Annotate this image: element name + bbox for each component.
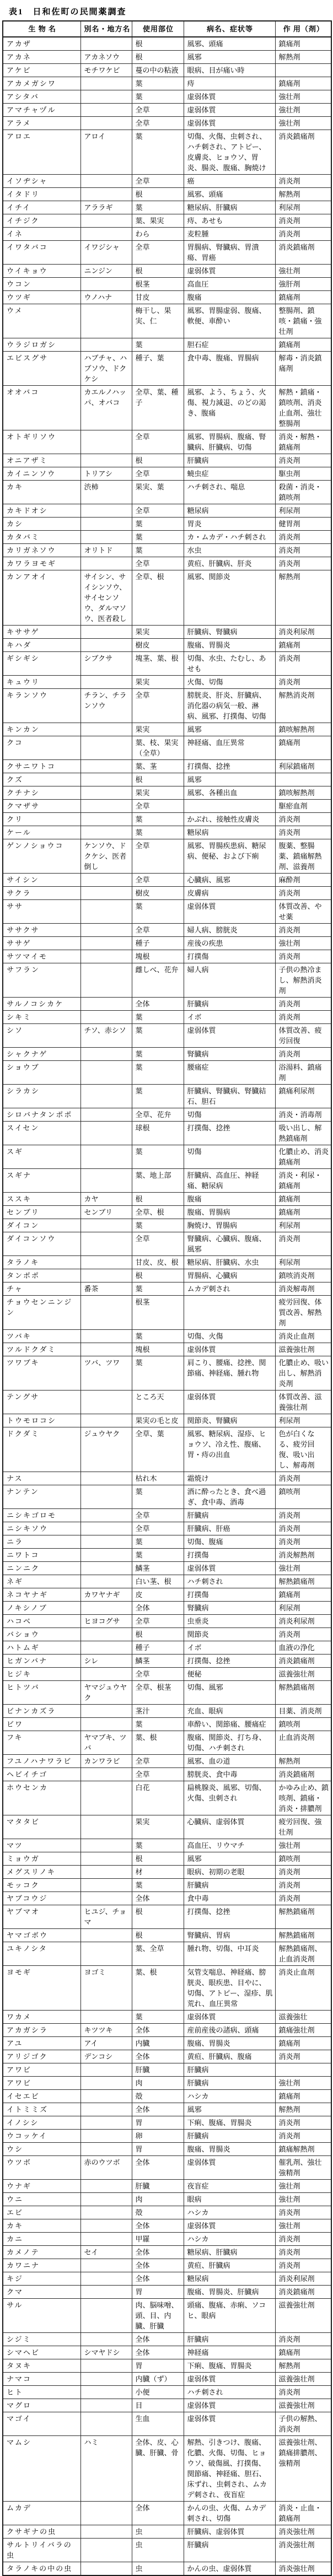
cell-disease-symptoms: 風邪、糖尿病、湿疹、ヒョウソ、冷え性、腹痛、胃・痔の出血 [184,1427,275,1472]
cell-disease-symptoms: 風邪 [184,1852,275,1866]
cell-used-part: 肉 [132,2077,184,2090]
cell-disease-symptoms: 肝臓病、肝癌 [184,1522,275,1535]
cell-organism-name: ウツギ [3,291,80,304]
cell-action-effect: 消炎剤 [275,950,331,963]
cell-disease-symptoms: ハチ刺され [184,2386,275,2399]
cell-disease-symptoms: 頭痛、腹痛、赤痢、ソコヒ、眼病 [184,2299,275,2333]
cell-alias-local-name [80,1485,132,1509]
table-row: ネコヤナギカワヤナギ皮打撲傷鎮痛剤 [3,1588,331,1602]
cell-action-effect: 鎮痛解熱剤 [275,2143,331,2156]
cell-organism-name: ヘビイチゴ [3,1768,80,1781]
cell-used-part: 甲羅 [132,2233,184,2246]
cell-used-part: 根 [132,188,184,201]
cell-used-part: 肝臓 [132,2063,184,2077]
cell-organism-name: センブリ [3,1206,80,1219]
cell-disease-symptoms: 水虫 [184,544,275,557]
cell-action-effect: 鎮咳剤 [275,1852,331,1866]
cell-alias-local-name: セイ [80,2246,132,2259]
cell-alias-local-name [80,2219,132,2233]
cell-action-effect: 鎮痛強壮剤 [275,2024,331,2037]
cell-alias-local-name: ヒヨコグサ [80,1615,132,1628]
cell-used-part: 葉 [132,1839,184,1852]
cell-alias-local-name: シブクサ [80,652,132,676]
cell-action-effect [275,773,331,786]
cell-alias-local-name [80,723,132,736]
cell-disease-symptoms: 腹痛、胃腸炎 [184,639,275,652]
cell-disease-symptoms: 高血圧、リウマチ [184,1839,275,1852]
table-row: アワビ肝臓肝臓病 [3,2063,331,2077]
table-row: キランソウチラン、チランソウ全草膀胱炎、肝炎、肝臓病、消化器の病気一般、淋病、風… [3,689,331,723]
cell-alias-local-name [80,2539,132,2562]
table-row: シソチソ、赤シソ葉虚弱体質体質改善、疲労回復 [3,1024,331,1048]
table-row: アワビ肉肝臓病強壮剤 [3,2077,331,2090]
table-row: カワラヨモギ全草黄疸、肝臓病、肝炎消炎剤 [3,557,331,570]
cell-organism-name: イワタバコ [3,241,80,265]
cell-alias-local-name [80,2386,132,2399]
table-row: アリジゴクデンコシ全体黄疸、肝臓病、腹痛消炎剤 [3,2050,331,2063]
cell-action-effect: 殺菌・消炎・鎮咳剤 [275,481,331,504]
table-row: タラノキ甘皮、皮、根糖尿病、肝臓病、水虫利尿剤 [3,1256,331,1269]
cell-disease-symptoms: 切傷、腹痛 [184,1535,275,1549]
cell-action-effect: 消炎剤 [275,1522,331,1535]
cell-alias-local-name [80,998,132,1011]
cell-alias-local-name [80,37,132,51]
cell-disease-symptoms: 肝臓病 [184,1879,275,1892]
cell-organism-name: キハダ [3,639,80,652]
table-row: カキ全体虚弱体質強壮剤 [3,2219,331,2233]
cell-disease-symptoms: 産前産後の諸病、頭痛 [184,2024,275,2037]
cell-organism-name: ナマコ [3,2373,80,2386]
cell-used-part: 全草 [132,1232,184,1256]
cell-disease-symptoms: 切傷、風邪 [184,1681,275,1705]
cell-action-effect: 化膿止め、吸い出し、解熱消炎剤 [275,1356,331,1391]
cell-used-part: 葉 [132,1535,184,1549]
cell-used-part: 根 [132,1193,184,1206]
cell-disease-symptoms: 産後の疾患 [184,937,275,950]
cell-alias-local-name [80,1343,132,1356]
cell-organism-name: ササゲ [3,937,80,950]
table-row: アシタバ葉虚弱体質強壮剤 [3,90,331,104]
cell-disease-symptoms [184,800,275,813]
cell-action-effect: 鎮痛利尿剤 [275,1085,331,1108]
cell-alias-local-name [80,2525,132,2539]
cell-organism-name: キランソウ [3,689,80,723]
cell-action-effect: 鎮咳消炎剤 [275,1269,331,1282]
cell-alias-local-name [80,2193,132,2206]
cell-alias-local-name: トリアシ [80,467,132,481]
cell-used-part: 白い茎、根 [132,1575,184,1588]
table-row: ユキノシタ葉、全草腫れ物、切傷、中耳炎解熱鎮痛剤、止血消炎剤 [3,1942,331,1966]
cell-alias-local-name [80,900,132,924]
table-row: スイセン球根打撲傷、捻挫吸い出し、解熱鎮痛剤 [3,1122,331,1145]
header-disease-symptoms: 病名、症状等 [184,21,275,37]
table-row: ナンテン葉酒に酔ったとき、食べ過ぎ、食中毒、酒毒鎮咳剤 [3,1485,331,1509]
cell-alias-local-name: チソ、赤シソ [80,1024,132,1048]
table-row: ウコン根茎高血圧強肝剤 [3,278,331,291]
cell-action-effect: 解熱剤 [275,188,331,201]
table-row: カキ渋柿果実、葉ハチ刺され、喘息殺菌・消炎・鎮咳剤 [3,481,331,504]
cell-alias-local-name [80,2259,132,2272]
cell-used-part: 葉、全草 [132,1942,184,1966]
cell-action-effect: 疲労回復、体質改善、解熱剤 [275,1296,331,1330]
cell-disease-symptoms: 虚弱体質 [184,1562,275,1575]
cell-action-effect: 消炎剤 [275,214,331,228]
cell-organism-name: ノキシノブ [3,1602,80,1615]
cell-alias-local-name: アララギ [80,201,132,214]
cell-disease-symptoms: 虚弱体質 [184,2373,275,2386]
cell-used-part: 塊根 [132,1343,184,1356]
cell-action-effect: 消炎剤 [275,557,331,570]
cell-alias-local-name [80,531,132,544]
table-row: クコ葉、枝、果実（全草）神経痛、血圧異常鎮痛剤 [3,736,331,760]
table-row: マゴイ生血虚弱体質子供の解熱、消炎剤 [3,2412,331,2436]
cell-organism-name: カンアオイ [3,570,80,626]
cell-alias-local-name [80,2143,132,2156]
cell-disease-symptoms: 腹痛 [184,1193,275,1206]
cell-disease-symptoms [184,1296,275,1330]
table-row: ツワブキツバ、ツワ葉肩こり、腰痛、捻挫、関節痛、神経痛、腫れ物化膿止め、吸い出し… [3,1356,331,1391]
cell-alias-local-name: イワジシャ [80,241,132,265]
cell-used-part: 塊根 [132,950,184,963]
table-row: モッコク葉肝臓病消炎剤 [3,1879,331,1892]
cell-used-part: 根 [132,1852,184,1866]
cell-action-effect: 消炎強壮剤 [275,2539,331,2562]
cell-organism-name: ナス [3,1472,80,1485]
cell-used-part: 果実 [132,723,184,736]
table-row: カキドオシ全草糖尿病利尿剤 [3,504,331,518]
cell-used-part: 甘皮、皮、根 [132,1256,184,1269]
table-row: カシ葉胃炎健胃剤 [3,518,331,531]
cell-alias-local-name: カヤ [80,1193,132,1206]
cell-disease-symptoms: 風邪、血の道 [184,1755,275,1768]
table-row: ササ葉虚弱体質体質改善、やせ薬 [3,900,331,924]
cell-action-effect: 滋養強壮剤 [275,2373,331,2386]
table-body: アカザ根風邪、頭痛鎮痛剤アカネアカネソウ根風邪解熱剤アケビモチワケビ蔓の中の粘液… [3,37,331,2575]
cell-alias-local-name [80,639,132,652]
table-row: キジ全体糖尿病消炎利尿剤 [3,2272,331,2286]
cell-used-part: 樹皮 [132,639,184,652]
cell-disease-symptoms: イボ [184,1011,275,1024]
cell-disease-symptoms: 神経痛、血圧異常 [184,736,275,760]
cell-organism-name: サツマイモ [3,950,80,963]
cell-disease-symptoms: 食中毒、腹痛、胃腸病 [184,352,275,386]
cell-used-part: 卵 [132,2130,184,2143]
cell-action-effect: 目薬、消炎剤 [275,1705,331,1718]
cell-action-effect: 消炎剤 [275,2050,331,2063]
table-row: ウコッケイ卵肝臓病消炎剤 [3,2130,331,2143]
cell-disease-symptoms: 腹痛 [184,291,275,304]
cell-used-part: 鱗茎 [132,1562,184,1575]
cell-organism-name: エビ [3,2206,80,2219]
cell-used-part: 胃 [132,2116,184,2130]
cell-disease-symptoms: 酒に酔ったとき、食べ過ぎ、食中毒、酒毒 [184,1485,275,1509]
cell-used-part: 葉 [132,518,184,531]
cell-alias-local-name [80,2272,132,2286]
cell-alias-local-name [80,626,132,639]
cell-action-effect: 鎮痛剤 [275,2346,331,2359]
cell-used-part: 葉 [132,813,184,826]
cell-alias-local-name [80,1414,132,1427]
table-row: ニラ葉切傷、腹痛消炎剤 [3,1535,331,1549]
cell-organism-name: ササクサ [3,924,80,937]
cell-organism-name: ススキ [3,1193,80,1206]
cell-disease-symptoms: 肝臓病、腎臓病、腎臓結石、胆石 [184,1085,275,1108]
table-row: ウツギウノハナ甘皮腹痛鎮痛剤 [3,291,331,304]
cell-organism-name: ダイコンソウ [3,1232,80,1256]
cell-organism-name: カリガネソウ [3,544,80,557]
cell-organism-name: マグロ [3,2399,80,2412]
cell-used-part: 枯れ木 [132,1472,184,1485]
cell-organism-name: アワビ [3,2077,80,2090]
cell-used-part: 全体 [132,1602,184,1615]
cell-organism-name: ホウセンカ [3,1781,80,1815]
cell-disease-symptoms: 車酔い、関節痛、腰痛症 [184,1718,275,1731]
cell-action-effect [275,64,331,77]
cell-action-effect: 消炎・利尿・鎮痛剤 [275,1169,331,1193]
cell-used-part: 葉 [132,1219,184,1232]
table-row: スギナ葉、地上部肝臓病、高血圧、神経痛、糖尿病消炎・利尿・鎮痛剤 [3,1169,331,1193]
cell-action-effect: 解熱鎮痛剤 [275,1905,331,1929]
cell-used-part: 果実、葉 [132,481,184,504]
cell-used-part: 葉、枝、果実（全草） [132,736,184,760]
table-row: アマチャヅル全草虚弱体質強壮剤 [3,104,331,117]
table-row: ニシキソウ全草肝臓病、肝癌消炎剤 [3,1522,331,1535]
cell-used-part: 塊茎、葉、根 [132,652,184,676]
cell-organism-name: オオバコ [3,386,80,430]
table-row: タラノキの中の虫虫かんの虫、虚弱体質消炎強壮剤 [3,2562,331,2576]
cell-action-effect: 鎮痛剤 [275,639,331,652]
cell-alias-local-name [80,1169,132,1193]
table-row: クマ胃腹痛、胃腸炎、肝臓病消炎鎮痛剤 [3,2286,331,2299]
cell-organism-name: クズ [3,773,80,786]
cell-action-effect: 強壮剤 [275,2180,331,2193]
cell-disease-symptoms: ムカデ刺され [184,1282,275,1296]
cell-action-effect: かゆみ止め、鎮咳剤、鎮痛・消炎・排膿剤 [275,1781,331,1815]
table-row: サツマイモ塊根打撲傷消炎剤 [3,950,331,963]
cell-used-part: 胃 [132,2143,184,2156]
table-row: ドクダミジュウヤク全草、葉風邪、糖尿病、湿疹、ヒョウソ、冷え性、腹痛、胃・痔の出… [3,1427,331,1472]
cell-used-part: 根茎 [132,278,184,291]
cell-action-effect: 消炎・消毒剤 [275,1108,331,1122]
cell-action-effect: 消炎剤 [275,1879,331,1892]
cell-alias-local-name [80,963,132,998]
cell-disease-symptoms: かんの虫、虚弱体質 [184,2562,275,2576]
cell-organism-name: アリジゴク [3,2050,80,2063]
cell-organism-name: キジ [3,2272,80,2286]
cell-alias-local-name [80,887,132,900]
cell-organism-name: ササ [3,900,80,924]
cell-disease-symptoms: 肝臓病 [184,998,275,1011]
cell-used-part: 葉 [132,826,184,839]
table-row: クサニワトコ葉、茎打撲傷、捻挫利尿鎮痛剤 [3,760,331,773]
cell-action-effect: 消炎剤 [275,1011,331,1024]
cell-used-part: 根 [132,51,184,64]
cell-alias-local-name [80,1011,132,1024]
cell-action-effect: 利尿剤 [275,1256,331,1269]
table-row: カリガネソウオリトド葉水虫消炎剤 [3,544,331,557]
cell-organism-name: カキドオシ [3,504,80,518]
cell-action-effect: 鎮咳剤 [275,1485,331,1509]
cell-alias-local-name [80,2286,132,2299]
cell-action-effect: 滋養強壮剤、鎮痛排膿剤、強精剤 [275,2436,331,2502]
cell-organism-name: サフラン [3,963,80,998]
cell-alias-local-name [80,1839,132,1852]
cell-organism-name: イチイ [3,201,80,214]
cell-organism-name: サルノコシカケ [3,998,80,1011]
cell-alias-local-name: オリトド [80,544,132,557]
cell-action-effect: 消炎止血剤 [275,1330,331,1343]
table-row: キササゲ果実肝臓病、腎臓病消炎利尿剤 [3,626,331,639]
cell-organism-name: エビスグサ [3,352,80,386]
cell-alias-local-name [80,1641,132,1655]
cell-organism-name: ワカメ [3,2011,80,2024]
cell-used-part: 根 [132,265,184,278]
cell-disease-symptoms: 切傷 [184,1108,275,1122]
cell-alias-local-name [80,188,132,201]
cell-alias-local-name [80,1852,132,1866]
table-row: ヘビイチゴ全草膀胱炎、食中毒消炎鎮痛剤 [3,1768,331,1781]
cell-action-effect: 消炎剤 [275,1048,331,1061]
cell-used-part: 果実の毛と皮 [132,1414,184,1427]
cell-organism-name: ニンニク [3,1562,80,1575]
cell-disease-symptoms: 夜盲症 [184,2180,275,2193]
cell-action-effect: 消炎剤 [275,1628,331,1641]
cell-organism-name: ウニ [3,2193,80,2206]
cell-alias-local-name [80,1866,132,1879]
cell-alias-local-name: カンワラビ [80,1755,132,1768]
table-row: イトミミズ全体風邪解熱剤 [3,2103,331,2116]
table-row: アユアイ内臓腹痛、胃腸炎鎮痛剤 [3,2037,331,2050]
cell-organism-name: ギシギシ [3,652,80,676]
cell-alias-local-name [80,175,132,188]
cell-action-effect: 疲労回復、強壮剤 [275,1815,331,1839]
cell-organism-name: トウモロコシ [3,1414,80,1427]
cell-disease-symptoms: 腹痛、胃腸炎、肝臓病 [184,2286,275,2299]
cell-used-part: 全草 [132,689,184,723]
table-row: ハトムギ種子イボ血液の浄化 [3,1641,331,1655]
cell-used-part: 全体 [132,2219,184,2233]
cell-organism-name: カニ [3,2233,80,2246]
cell-alias-local-name [80,800,132,813]
cell-organism-name: チョウセンニンジン [3,1296,80,1330]
cell-action-effect: 利尿剤 [275,201,331,214]
cell-alias-local-name [80,228,132,241]
cell-organism-name: クマザサ [3,800,80,813]
cell-organism-name: カシ [3,518,80,531]
cell-alias-local-name [80,1256,132,1269]
cell-organism-name: フユノハナワラビ [3,1755,80,1768]
cell-action-effect: 消炎剤 [275,887,331,900]
cell-used-part: 葉、根 [132,1966,184,2011]
cell-disease-symptoms: 切傷、水虫、たむし、あせも [184,652,275,676]
cell-alias-local-name [80,2011,132,2024]
cell-organism-name: ムカデ [3,2502,80,2525]
cell-organism-name: ヤブマオ [3,1905,80,1929]
cell-action-effect: 化膿止め、消炎鎮痛剤 [275,1145,331,1169]
cell-disease-symptoms: 高血圧 [184,278,275,291]
cell-alias-local-name [80,1929,132,1942]
cell-used-part: 全草 [132,1615,184,1628]
table-row: オオバコカエルノハッパ、オバコ全草、葉、種子風邪、よう、ちょう、火傷、視力減退、… [3,386,331,430]
table-row: アカザ根風邪、頭痛鎮痛剤 [3,37,331,51]
cell-action-effect: 消炎剤 [275,454,331,467]
cell-alias-local-name: ツバ、ツワ [80,1356,132,1391]
cell-action-effect: 消炎剤 [275,1472,331,1485]
cell-used-part: 生血 [132,2412,184,2436]
cell-disease-symptoms: イボ [184,1641,275,1655]
cell-organism-name: イタドリ [3,188,80,201]
cell-organism-name: ニシキゴロモ [3,1509,80,1522]
table-row: イワタバコイワジシャ全草胃腸病、腎臓病、胃潰瘍、胃癌消炎鎮痛剤 [3,241,331,265]
table-row: イチジク葉、果実痔、あせも消炎剤 [3,214,331,228]
cell-used-part: 根茎 [132,1296,184,1330]
table-row: テングサところ天虚弱体質体質改善、滋養強壮剤 [3,1391,331,1414]
cell-organism-name: テングサ [3,1391,80,1414]
cell-action-effect: 色が白くなる、疲労回復、吸い出し、解毒剤 [275,1427,331,1472]
cell-organism-name: カタバミ [3,531,80,544]
cell-disease-symptoms: 黄疸、肝臓病、肝炎 [184,557,275,570]
cell-alias-local-name [80,1892,132,1905]
cell-used-part: 葉 [132,130,184,175]
cell-used-part: 果実 [132,1815,184,1839]
cell-organism-name: マゴイ [3,2412,80,2436]
cell-organism-name: ツルドクダミ [3,1343,80,1356]
table-row: ケール葉糖尿病消炎剤 [3,826,331,839]
cell-organism-name: マツ [3,1839,80,1852]
cell-action-effect: 消炎剤 [275,544,331,557]
cell-alias-local-name [80,2399,132,2412]
cell-organism-name: ツバキ [3,1330,80,1343]
cell-action-effect: 血液の浄化 [275,1641,331,1655]
cell-used-part: 材 [132,1866,184,1879]
cell-organism-name: スギ [3,1145,80,1169]
cell-used-part: 全草、根 [132,570,184,626]
cell-disease-symptoms: 肝臓病、腎臓病 [184,626,275,639]
cell-disease-symptoms: 腹痛、胃腸炎 [184,2037,275,2050]
cell-alias-local-name [80,104,132,117]
cell-disease-symptoms: 肝臓病 [184,2333,275,2346]
cell-disease-symptoms: 風邪、関節炎 [184,570,275,626]
table-row: チョウセンニンジン根茎疲労回復、体質改善、解熱剤 [3,1296,331,1330]
cell-disease-symptoms: 虚弱体質 [184,265,275,278]
cell-disease-symptoms: 虚弱体質 [184,104,275,117]
cell-organism-name: シソ [3,1024,80,1048]
cell-used-part: 全草 [132,557,184,570]
cell-used-part: 葉、茎 [132,760,184,773]
table-row: ヨモギヨゴミ葉、根気管支喘息、神経痛、膀胱炎、眼疾患、目やに、切傷、アトピー、湿… [3,1966,331,2011]
table-row: ナス枯れ木霜焼け消炎剤 [3,1472,331,1485]
cell-used-part: 全草 [132,1668,184,1681]
header-used-part: 使用部位 [132,21,184,37]
cell-organism-name: クコ [3,736,80,760]
table-row: サクラ樹皮皮膚病消炎剤 [3,887,331,900]
cell-disease-symptoms: 関節炎 [184,1628,275,1641]
cell-action-effect: 健胃剤 [275,518,331,531]
cell-alias-local-name [80,90,132,104]
cell-disease-symptoms: ハシカ [184,2233,275,2246]
cell-disease-symptoms: 風邪、頭痛 [184,188,275,201]
table-row: ヒトツバヤマジュウヤク全草、根茎切傷、風邪解熱鎮痛剤 [3,1681,331,1705]
cell-alias-local-name [80,874,132,887]
table-row: アカネアカネソウ根風邪解熱剤 [3,51,331,64]
cell-used-part: 胃 [132,2286,184,2299]
cell-alias-local-name: モチワケビ [80,64,132,77]
cell-used-part: ところ天 [132,1391,184,1414]
cell-action-effect: 滋養強壮剤 [275,1668,331,1681]
cell-disease-symptoms: 虚弱体質 [184,90,275,104]
cell-organism-name: イノシシ [3,2116,80,2130]
cell-action-effect: 子供の解熱、消炎剤 [275,2412,331,2436]
